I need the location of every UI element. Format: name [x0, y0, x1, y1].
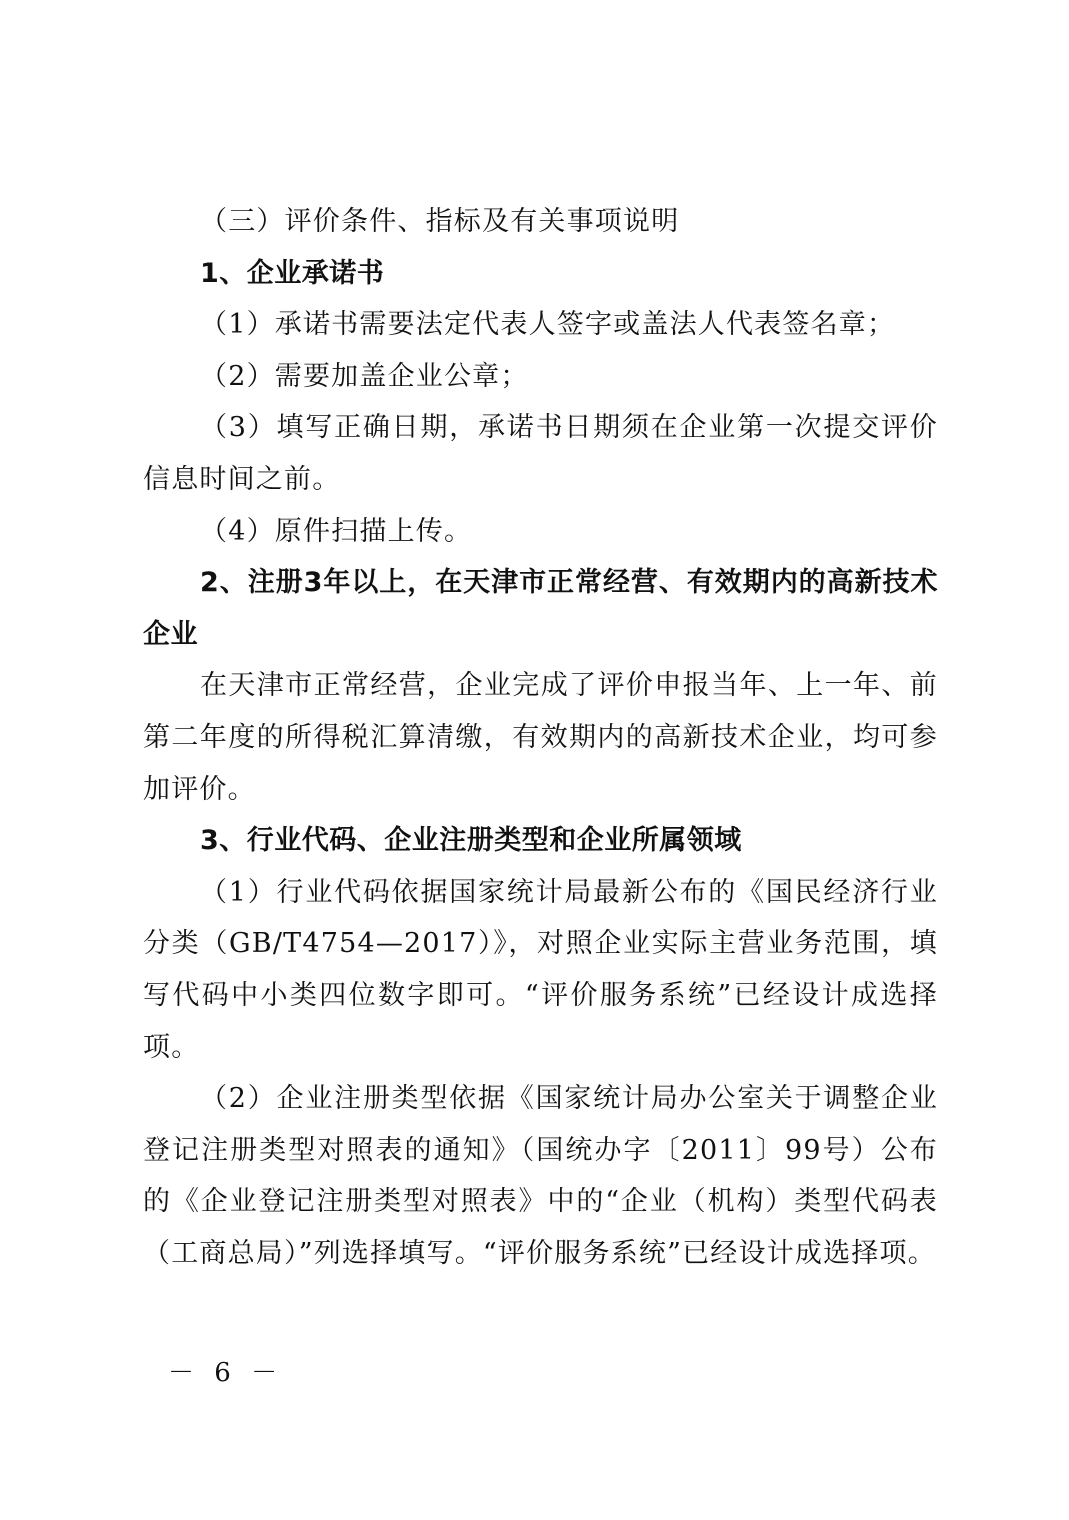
page-number: － 6 －: [168, 1352, 283, 1389]
heading-commitment-letter: 1、企业承诺书: [143, 248, 938, 300]
heading-registration-requirement: 2、注册3年以上，在天津市正常经营、有效期内的高新技术企业: [143, 557, 938, 660]
paragraph: （3）填写正确日期，承诺书日期须在企业第一次提交评价信息时间之前。: [143, 402, 938, 505]
paragraph: 在天津市正常经营，企业完成了评价申报当年、上一年、前第二年度的所得税汇算清缴，有…: [143, 660, 938, 815]
paragraph: （2）需要加盖企业公章；: [143, 351, 938, 403]
paragraph: （1）行业代码依据国家统计局最新公布的《国民经济行业分类（GB/T4754—20…: [143, 867, 938, 1073]
section-title: （三）评价条件、指标及有关事项说明: [143, 196, 938, 248]
heading-industry-code: 3、行业代码、企业注册类型和企业所属领域: [143, 815, 938, 867]
document-body: （三）评价条件、指标及有关事项说明 1、企业承诺书 （1）承诺书需要法定代表人签…: [143, 196, 938, 1279]
paragraph: （2）企业注册类型依据《国家统计局办公室关于调整企业登记注册类型对照表的通知》（…: [143, 1073, 938, 1279]
paragraph: （1）承诺书需要法定代表人签字或盖法人代表签名章；: [143, 299, 938, 351]
paragraph: （4）原件扫描上传。: [143, 506, 938, 558]
